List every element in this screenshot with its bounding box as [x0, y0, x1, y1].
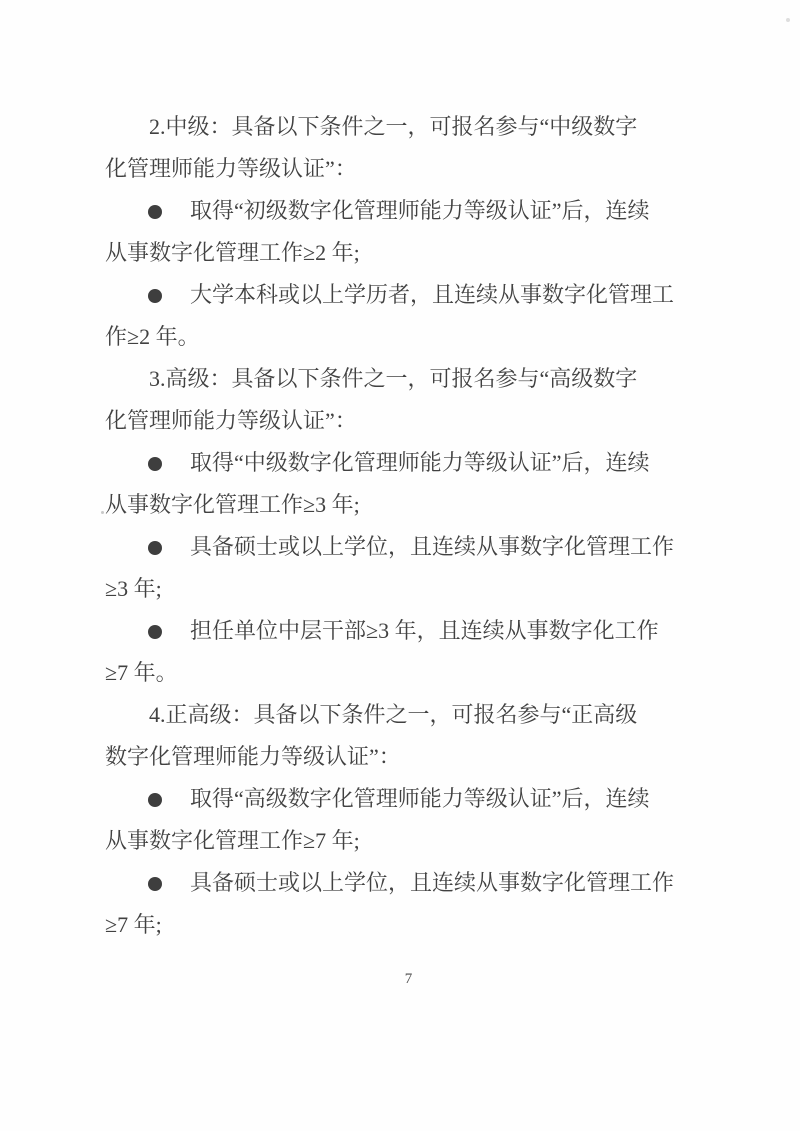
bullet-icon	[148, 457, 162, 471]
text-line: ≥3 年;	[105, 568, 725, 610]
text-line: 4.正高级：具备以下条件之一，可报名参与“正高级	[105, 694, 725, 736]
bullet-icon	[148, 289, 162, 303]
text-line-content: 作≥2 年。	[105, 324, 200, 349]
text-line: ≥7 年。	[105, 652, 725, 694]
text-line: 担任单位中层干部≥3 年，且连续从事数字化工作	[105, 610, 725, 652]
text-line: 具备硕士或以上学位，且连续从事数字化管理工作	[105, 526, 725, 568]
text-line: 化管理师能力等级认证”：	[105, 400, 725, 442]
text-line-content: 大学本科或以上学历者，且连续从事数字化管理工	[190, 282, 674, 307]
bullet-icon	[148, 877, 162, 891]
text-line: 具备硕士或以上学位，且连续从事数字化管理工作	[105, 862, 725, 904]
text-line: 从事数字化管理工作≥7 年;	[105, 820, 725, 862]
text-line-content: ≥3 年;	[105, 576, 162, 601]
text-line: 2.中级：具备以下条件之一，可报名参与“中级数字	[105, 106, 725, 148]
text-line-content: ≥7 年;	[105, 912, 162, 937]
document-content: 2.中级：具备以下条件之一，可报名参与“中级数字化管理师能力等级认证”：取得“初…	[105, 106, 725, 946]
text-line-content: 具备硕士或以上学位，且连续从事数字化管理工作	[190, 534, 674, 559]
text-line-content: 2.中级：具备以下条件之一，可报名参与“中级数字	[149, 114, 637, 139]
text-line-content: 取得“初级数字化管理师能力等级认证”后，连续	[190, 198, 650, 223]
text-line: 化管理师能力等级认证”：	[105, 148, 725, 190]
text-line: 作≥2 年。	[105, 316, 725, 358]
bullet-icon	[148, 793, 162, 807]
document-page: 2.中级：具备以下条件之一，可报名参与“中级数字化管理师能力等级认证”：取得“初…	[0, 0, 800, 1131]
bullet-icon	[148, 541, 162, 555]
text-line: 取得“初级数字化管理师能力等级认证”后，连续	[105, 190, 725, 232]
text-line: 从事数字化管理工作≥2 年;	[105, 232, 725, 274]
text-line: 数字化管理师能力等级认证”：	[105, 736, 725, 778]
text-line: 大学本科或以上学历者，且连续从事数字化管理工	[105, 274, 725, 316]
text-line: 3.高级：具备以下条件之一，可报名参与“高级数字	[105, 358, 725, 400]
text-line-content: 从事数字化管理工作≥3 年;	[105, 492, 360, 517]
text-line-content: 3.高级：具备以下条件之一，可报名参与“高级数字	[149, 366, 637, 391]
text-line: ≥7 年;	[105, 904, 725, 946]
text-line: 取得“中级数字化管理师能力等级认证”后，连续	[105, 442, 725, 484]
text-line-content: 化管理师能力等级认证”：	[105, 156, 357, 181]
text-line-content: 4.正高级：具备以下条件之一，可报名参与“正高级	[149, 702, 637, 727]
text-line: 取得“高级数字化管理师能力等级认证”后，连续	[105, 778, 725, 820]
text-line: 从事数字化管理工作≥3 年;	[105, 484, 725, 526]
text-line-content: 化管理师能力等级认证”：	[105, 408, 357, 433]
text-line-content: 从事数字化管理工作≥2 年;	[105, 240, 360, 265]
text-line-content: 具备硕士或以上学位，且连续从事数字化管理工作	[190, 870, 674, 895]
text-line-content: ≥7 年。	[105, 660, 178, 685]
scan-artifact	[786, 18, 790, 22]
text-line-content: 取得“中级数字化管理师能力等级认证”后，连续	[190, 450, 650, 475]
text-line-content: 数字化管理师能力等级认证”：	[105, 744, 401, 769]
scan-artifact	[101, 511, 104, 514]
text-line-content: 担任单位中层干部≥3 年，且连续从事数字化工作	[190, 618, 659, 643]
text-line-content: 从事数字化管理工作≥7 年;	[105, 828, 360, 853]
text-line-content: 取得“高级数字化管理师能力等级认证”后，连续	[190, 786, 650, 811]
bullet-icon	[148, 205, 162, 219]
page-number: 7	[0, 971, 800, 988]
bullet-icon	[148, 625, 162, 639]
